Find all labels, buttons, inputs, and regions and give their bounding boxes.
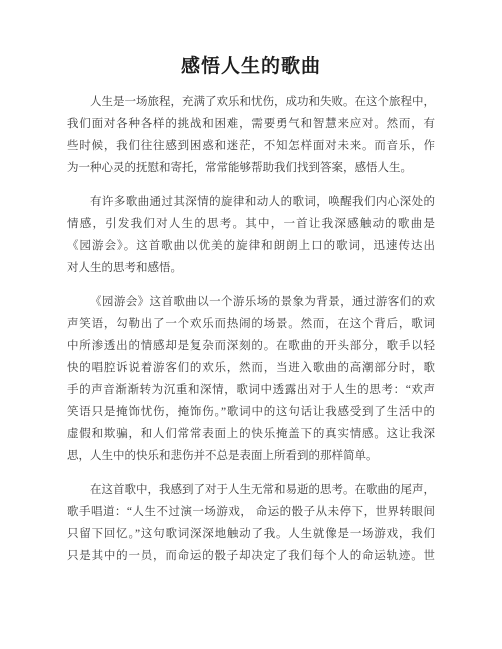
text-line: 些时候，我们往往感到困惑和迷茫，不知怎样面对未来。而音乐，作 [67,135,435,157]
document-content: 感悟人生的歌曲 人生是一场旅程，充满了欢乐和忧伤，成功和失败。在这个旅程中， 我… [67,52,435,567]
paragraph-3: 《园游会》这首歌曲以一个游乐场的景象为背景，通过游客们的欢 声笑语，勾勒出了一个… [67,291,435,467]
text-line: 思，人生中的快乐和悲伤并不总是表面上所看到的那样简单。 [67,445,435,467]
text-line: 中所渗透出的情感却是复杂而深刻的。在歌曲的开头部分，歌手以轻 [67,335,435,357]
text-line: 手的声音渐渐转为沉重和深情，歌词中透露出对于人生的思考：“欢声 [67,379,435,401]
paragraph-1: 人生是一场旅程，充满了欢乐和忧伤，成功和失败。在这个旅程中， 我们面对各种各样的… [67,91,435,179]
text-line: 虚假和欺骗，和人们常常表面上的快乐掩盖下的真实情感。这让我深 [67,423,435,445]
text-line: 情感，引发我们对人生的思考。其中，一首让我深感触动的歌曲是 [67,213,435,235]
text-line: 《园游会》。这首歌曲以优美的旋律和朗朗上口的歌词，迅速传达出 [67,235,435,257]
text-line: 有许多歌曲通过其深情的旋律和动人的歌词，唤醒我们内心深处的 [67,191,435,213]
text-line: 只是其中的一员，而命运的骰子却决定了我们每个人的命运轨迹。世 [67,545,435,567]
document-title: 感悟人生的歌曲 [67,52,435,82]
text-line: 人生是一场旅程，充满了欢乐和忧伤，成功和失败。在这个旅程中， [67,91,435,113]
text-line: 我们面对各种各样的挑战和困难，需要勇气和智慧来应对。然而，有 [67,113,435,135]
document-page: 感悟人生的歌曲 人生是一场旅程，充满了欢乐和忧伤，成功和失败。在这个旅程中， 我… [0,0,502,649]
paragraph-4: 在这首歌中，我感到了对于人生无常和易逝的思考。在歌曲的尾声， 歌手唱道：“人生不… [67,479,435,567]
text-line: 《园游会》这首歌曲以一个游乐场的景象为背景，通过游客们的欢 [67,291,435,313]
text-line: 为一种心灵的抚慰和寄托，常常能够帮助我们找到答案，感悟人生。 [67,157,435,179]
text-line: 在这首歌中，我感到了对于人生无常和易逝的思考。在歌曲的尾声， [67,479,435,501]
text-line: 歌手唱道：“人生不过演一场游戏， 命运的骰子从未停下，世界转眼间 [67,501,435,523]
paragraph-2: 有许多歌曲通过其深情的旋律和动人的歌词，唤醒我们内心深处的 情感，引发我们对人生… [67,191,435,279]
text-line: 只留下回忆。”这句歌词深深地触动了我。人生就像是一场游戏，我们 [67,523,435,545]
text-line: 对人生的思考和感悟。 [67,257,435,279]
text-line: 快的唱腔诉说着游客们的欢乐，然而，当进入歌曲的高潮部分时，歌 [67,357,435,379]
text-line: 声笑语，勾勒出了一个欢乐而热闹的场景。然而，在这个背后，歌词 [67,313,435,335]
text-line: 笑语只是掩饰忧伤，掩饰伤。”歌词中的这句话让我感受到了生活中的 [67,401,435,423]
